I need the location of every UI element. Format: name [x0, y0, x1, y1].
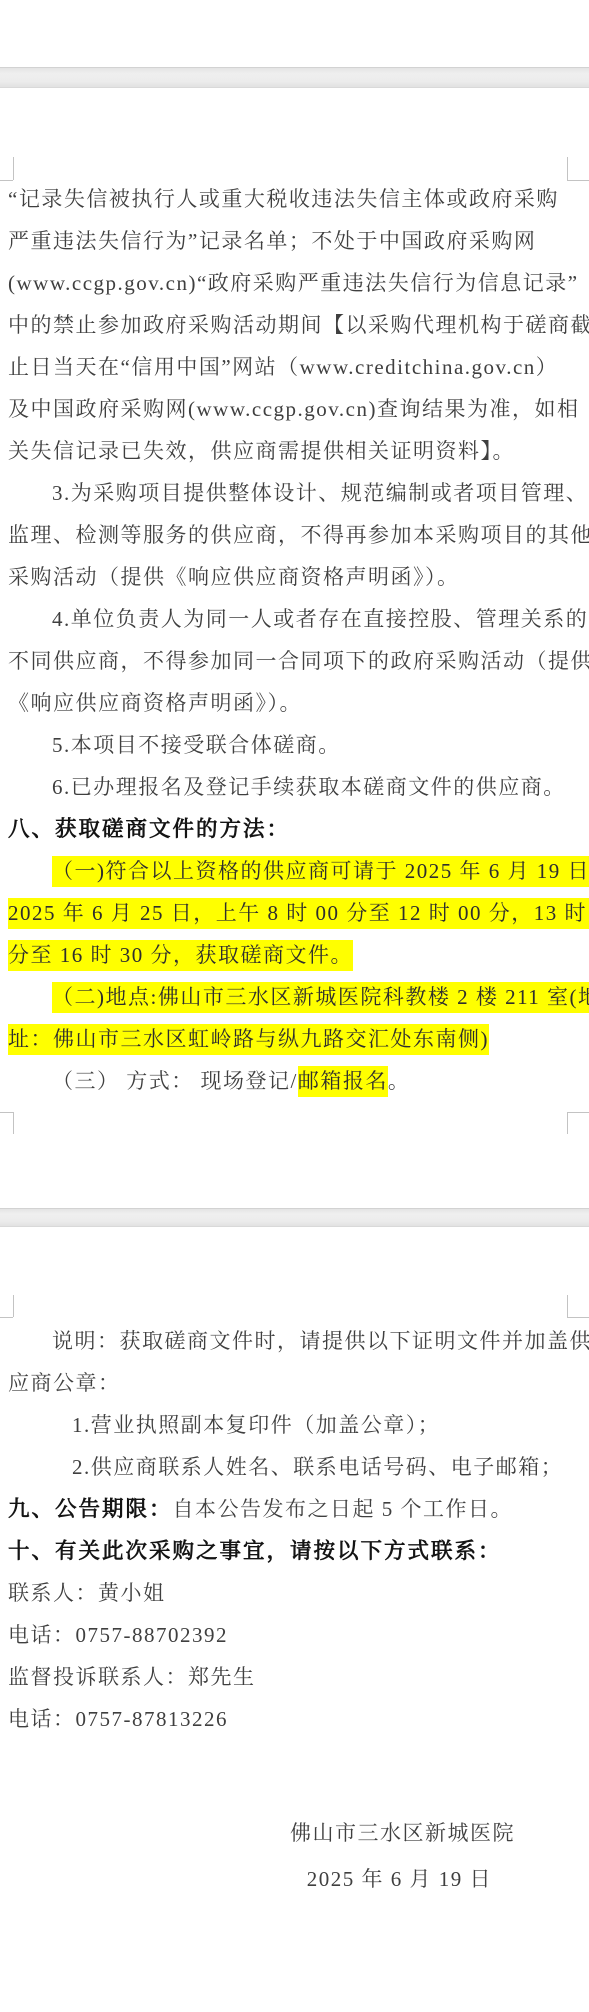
highlighted-text: 2025 年 6 月 25 日，上午 8 时 00 分至 12 时 00 分，1…: [8, 898, 589, 929]
text-line: (www.ccgp.gov.cn)“政府采购严重违法失信行为信息记录”: [8, 262, 586, 304]
highlighted-text: 邮箱报名: [298, 1066, 388, 1097]
margin-mark-top-left: [13, 1295, 14, 1317]
document-viewer: “记录失信被执行人或重大税收违法失信主体或政府采购 严重违法失信行为”记录名单；…: [0, 0, 589, 2012]
text-line: 3.为采购项目提供整体设计、规范编制或者项目管理、: [8, 472, 586, 514]
margin-mark-top-right: [567, 157, 568, 180]
text-line: 5.本项目不接受联合体磋商。: [8, 724, 586, 766]
text-line: （一)符合以上资格的供应商可请于 2025 年 6 月 19 日至: [8, 850, 586, 892]
heading-label: 九、公告期限：: [8, 1497, 173, 1521]
text-line: 2025 年 6 月 25 日，上午 8 时 00 分至 12 时 00 分，1…: [8, 892, 586, 934]
highlighted-text: 址：佛山市三水区虹岭路与纵九路交汇处东南侧): [8, 1024, 489, 1055]
text-line: 关失信记录已失效，供应商需提供相关证明资料】。: [8, 430, 586, 472]
page-gap-top: [0, 67, 589, 88]
text-line: 止日当天在“信用中国”网站（www.creditchina.gov.cn）: [8, 346, 586, 388]
text-line: 严重违法失信行为”记录名单；不处于中国政府采购网: [8, 220, 586, 262]
highlighted-text: （二)地点:佛山市三水区新城医院科教楼 2 楼 211 室(地: [52, 982, 589, 1013]
text-line: 《响应供应商资格声明函》）。: [8, 682, 586, 724]
highlighted-text: （一)符合以上资格的供应商可请于 2025 年 6 月 19 日至: [52, 856, 589, 887]
text-line: 及中国政府采购网(www.ccgp.gov.cn)查询结果为准，如相: [8, 388, 586, 430]
margin-mark-top-right: [567, 1317, 589, 1318]
text-line: 不同供应商，不得参加同一合同项下的政府采购活动（提供: [8, 640, 586, 682]
margin-mark-bottom-left: [13, 1112, 14, 1134]
highlighted-text: 分至 16 时 30 分，获取磋商文件。: [8, 940, 353, 971]
margin-mark-bottom-left: [0, 1112, 13, 1113]
text-line: 采购活动（提供《响应供应商资格声明函》）。: [8, 556, 586, 598]
text-line: 6.已办理报名及登记手续获取本磋商文件的供应商。: [8, 766, 586, 808]
text-line: 2.供应商联系人姓名、联系电话号码、电子邮箱；: [8, 1446, 586, 1488]
margin-mark-top-left: [13, 157, 14, 180]
text-segment: 自本公告发布之日起 5 个工作日。: [173, 1497, 514, 1521]
page-2-text: “记录失信被执行人或重大税收违法失信主体或政府采购 严重违法失信行为”记录名单；…: [8, 178, 586, 1102]
contact-phone: 电话：0757-88702392: [8, 1614, 586, 1656]
margin-mark-bottom-right: [567, 1112, 589, 1113]
text-line: “记录失信被执行人或重大税收违法失信主体或政府采购: [8, 178, 586, 220]
page-gap-bottom: [0, 1208, 589, 1227]
signature-date: 2025 年 6 月 19 日: [8, 1858, 586, 1900]
supervision-contact: 监督投诉联系人：郑先生: [8, 1656, 586, 1698]
page-3-text: 说明：获取磋商文件时，请提供以下证明文件并加盖供 应商公章： 1.营业执照副本复…: [8, 1320, 586, 1900]
text-line: 应商公章：: [8, 1362, 586, 1404]
text-line: （二)地点:佛山市三水区新城医院科教楼 2 楼 211 室(地: [8, 976, 586, 1018]
text-line: 址：佛山市三水区虹岭路与纵九路交汇处东南侧): [8, 1018, 586, 1060]
supervision-phone: 电话：0757-87813226: [8, 1698, 586, 1740]
text-segment: 。: [388, 1069, 411, 1093]
section-heading-10: 十、有关此次采购之事宜，请按以下方式联系：: [8, 1530, 586, 1572]
text-line: 监理、检测等服务的供应商，不得再参加本采购项目的其他: [8, 514, 586, 556]
text-line: 分至 16 时 30 分，获取磋商文件。: [8, 934, 586, 976]
text-line: 4.单位负责人为同一人或者存在直接控股、管理关系的: [8, 598, 586, 640]
contact-person: 联系人：黄小姐: [8, 1572, 586, 1614]
text-line: 说明：获取磋商文件时，请提供以下证明文件并加盖供: [8, 1320, 586, 1362]
section-heading-8: 八、获取磋商文件的方法：: [8, 808, 586, 850]
margin-mark-top-left: [0, 1317, 13, 1318]
text-line: （三） 方式： 现场登记/邮箱报名。: [8, 1060, 586, 1102]
text-segment: （三） 方式： 现场登记/: [52, 1069, 298, 1093]
margin-mark-bottom-right: [567, 1112, 568, 1134]
text-line: 中的禁止参加政府采购活动期间【以采购代理机构于磋商截: [8, 304, 586, 346]
text-line: 1.营业执照副本复印件（加盖公章）；: [8, 1404, 586, 1446]
signature-org: 佛山市三水区新城医院: [8, 1812, 586, 1854]
section-heading-9: 九、公告期限：自本公告发布之日起 5 个工作日。: [8, 1488, 586, 1530]
margin-mark-top-right: [567, 1295, 568, 1317]
